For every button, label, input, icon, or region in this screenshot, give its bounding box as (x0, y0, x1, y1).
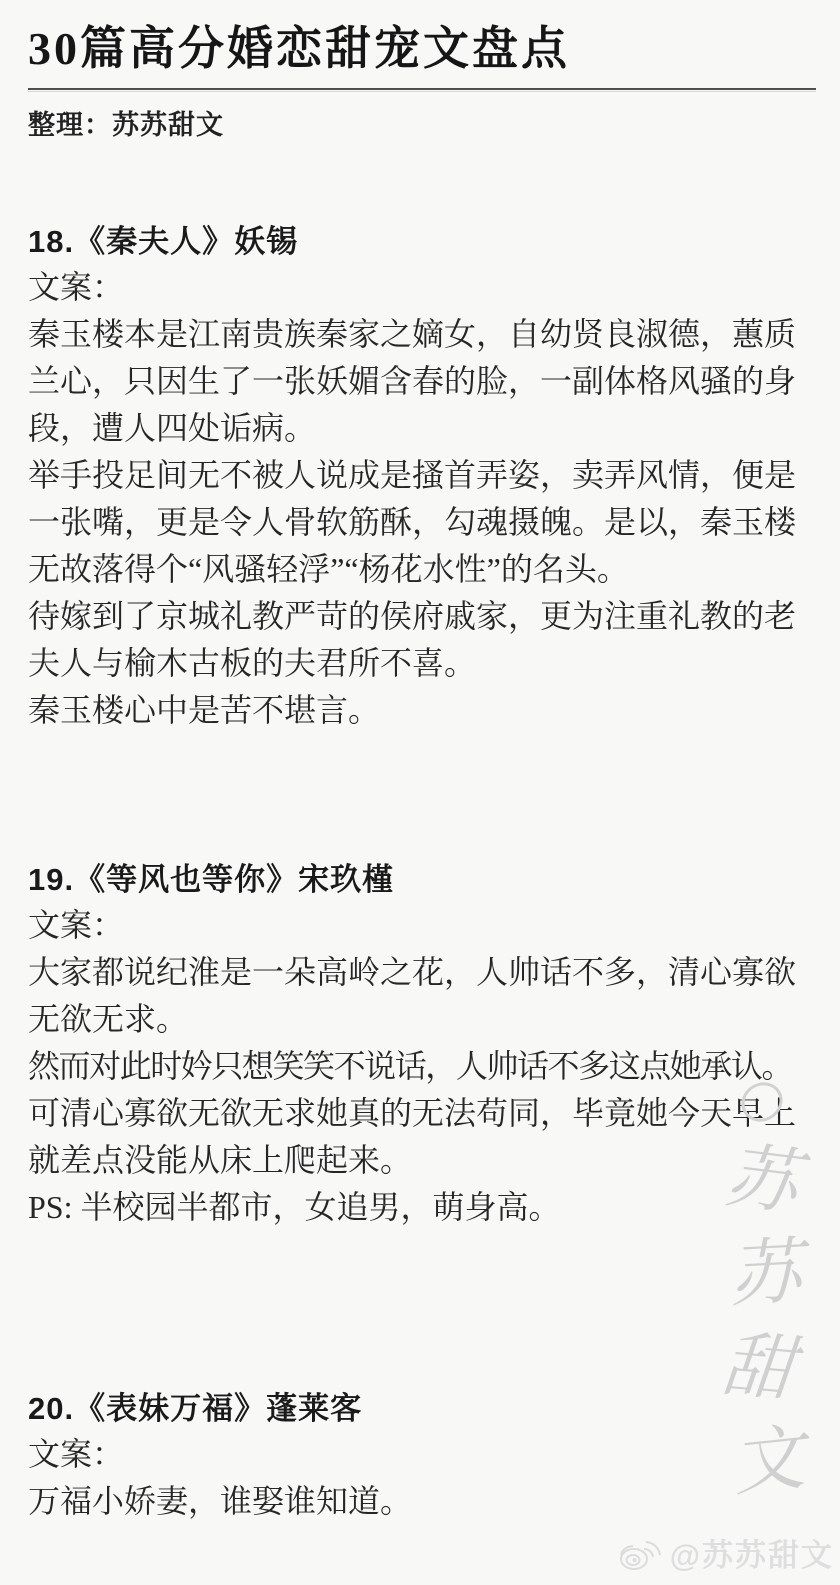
entry-19-paragraph: PS: 半校园半都市，女追男，萌身高。 (28, 1184, 814, 1231)
entry-18-paragraph: 秦玉楼本是江南贵族秦家之嫡女，自幼贤良淑德，蕙质兰心，只因生了一张妖媚含春的脸，… (28, 311, 814, 452)
entry-18-paragraph: 待嫁到了京城礼教严苛的侯府戚家，更为注重礼教的老夫人与榆木古板的夫君所不喜。 (28, 593, 814, 687)
weibo-logo-icon (618, 1533, 662, 1573)
weibo-handle: @苏苏甜文 (670, 1530, 834, 1575)
entry-19-paragraph: 可清心寡欲无欲无求她真的无法苟同，毕竟她今天早上就差点没能从床上爬起来。 (28, 1090, 814, 1184)
entry-18-paragraph: 秦玉楼心中是苦不堪言。 (28, 687, 814, 734)
entry-18-paragraph: 举手投足间无不被人说成是搔首弄姿，卖弄风情，便是一张嘴，更是令人骨软筋酥，勾魂摄… (28, 452, 814, 593)
entry-18-heading: 18.《秦夫人》妖锡 (28, 220, 814, 264)
page-title: 30篇高分婚恋甜宠文盘点 (28, 0, 814, 76)
entry-19-paragraph: 然而对此时妗只想笑笑不说话，人帅话不多这点她承认。 (28, 1043, 814, 1090)
entry-18: 18.《秦夫人》妖锡 文案： 秦玉楼本是江南贵族秦家之嫡女，自幼贤良淑德，蕙质兰… (28, 220, 814, 734)
entry-20-heading: 20.《表妹万福》蓬莱客 (28, 1387, 814, 1431)
entry-19-paragraph: 大家都说纪淮是一朵高岭之花，人帅话不多，清心寡欲无欲无求。 (28, 949, 814, 1043)
entry-20-synopsis-label: 文案： (28, 1431, 814, 1478)
document-content: 30篇高分婚恋甜宠文盘点 整理：苏苏甜文 18.《秦夫人》妖锡 文案： 秦玉楼本… (0, 0, 840, 1525)
entry-20-paragraph: 万福小娇妻，谁娶谁知道。 (28, 1478, 814, 1525)
entry-20: 20.《表妹万福》蓬莱客 文案： 万福小娇妻，谁娶谁知道。 (28, 1387, 814, 1525)
document-page: { "page": { "title": "30篇高分婚恋甜宠文盘点", "co… (0, 0, 840, 1585)
entry-19-synopsis-label: 文案： (28, 902, 814, 949)
entry-18-synopsis-label: 文案： (28, 264, 814, 311)
weibo-watermark: @苏苏甜文 (618, 1530, 834, 1575)
entry-19: 19.《等风也等你》宋玖槿 文案： 大家都说纪淮是一朵高岭之花，人帅话不多，清心… (28, 858, 814, 1231)
entry-19-heading: 19.《等风也等你》宋玖槿 (28, 858, 814, 902)
compiler-line: 整理：苏苏甜文 (28, 92, 814, 142)
